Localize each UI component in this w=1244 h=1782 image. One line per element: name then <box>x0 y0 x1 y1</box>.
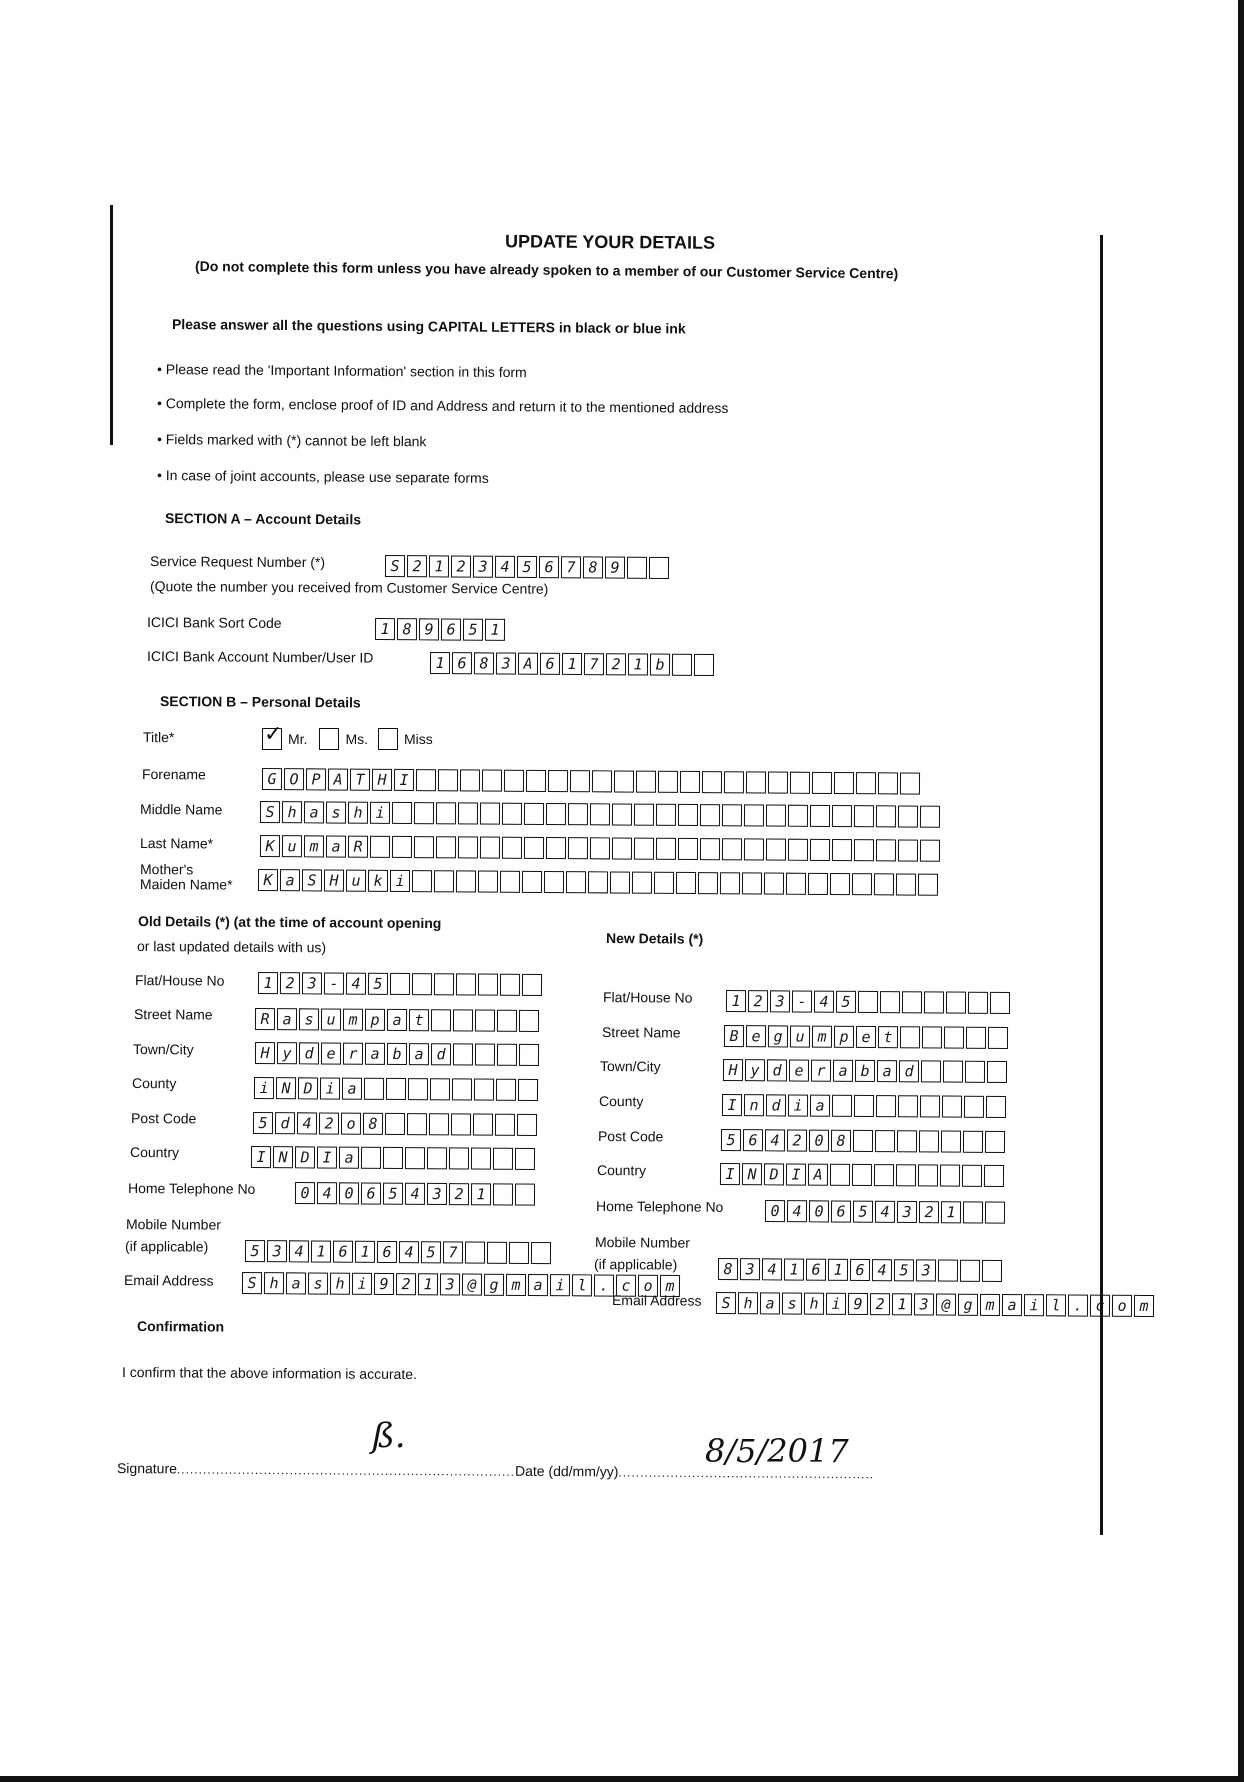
forename-field[interactable]: GOPATHI <box>262 768 922 795</box>
char-box <box>438 769 458 791</box>
char-box: 5 <box>383 1183 403 1205</box>
char-box: h <box>738 1292 758 1314</box>
old-country-label: Country <box>130 1144 179 1160</box>
new-postcode-label: Post Code <box>598 1128 663 1144</box>
date-value: 8/5/2017 <box>705 1432 849 1470</box>
char-box <box>497 1010 517 1032</box>
char-box <box>832 805 852 827</box>
char-box: 0 <box>339 1182 359 1204</box>
char-box: k <box>368 870 388 892</box>
char-box: 5 <box>836 991 856 1013</box>
char-box <box>966 1027 986 1049</box>
char-box: 7 <box>443 1241 463 1263</box>
char-box: 1 <box>471 1183 491 1205</box>
char-box <box>453 1043 473 1065</box>
right-border-line <box>1100 235 1103 1535</box>
char-box <box>405 1147 425 1169</box>
char-box: B <box>724 1025 744 1047</box>
char-box <box>392 836 412 858</box>
new-street-field[interactable]: Begumpet <box>724 1025 1010 1049</box>
char-box <box>656 804 676 826</box>
title-ms-label: Ms. <box>345 731 368 747</box>
char-box <box>518 1079 538 1101</box>
maiden-name-field[interactable]: KaSHuki <box>258 869 940 896</box>
old-mobile-label: Mobile Number <box>126 1216 221 1233</box>
char-box: b <box>855 1060 875 1082</box>
char-box <box>694 654 714 676</box>
title-miss-checkbox[interactable] <box>378 728 398 750</box>
char-box <box>918 1164 938 1186</box>
old-flat-label: Flat/House No <box>135 972 225 989</box>
char-box <box>984 1165 1004 1187</box>
char-box: 4 <box>814 991 834 1013</box>
char-box <box>896 873 916 895</box>
char-box <box>963 1131 983 1153</box>
char-box: P <box>306 768 326 790</box>
old-country-field[interactable]: INDIa <box>251 1146 537 1170</box>
char-box: 2 <box>319 1112 339 1134</box>
char-box <box>898 805 918 827</box>
char-box <box>896 1164 916 1186</box>
char-box <box>830 1164 850 1186</box>
char-box: h <box>804 1293 824 1315</box>
maiden-label-line2: Maiden Name* <box>140 877 233 893</box>
char-box: 6 <box>333 1241 353 1263</box>
new-town-field[interactable]: Hyderabad <box>723 1059 1009 1083</box>
new-country-field[interactable]: INDIA <box>720 1163 1006 1187</box>
char-box <box>880 991 900 1013</box>
char-box <box>390 973 410 995</box>
char-box <box>832 839 852 861</box>
char-box: I <box>317 1146 337 1168</box>
old-town-field[interactable]: Hyderabad <box>255 1042 541 1066</box>
char-box: A <box>808 1164 828 1186</box>
char-box: i <box>352 1273 372 1295</box>
char-box: 6 <box>806 1259 826 1281</box>
char-box <box>429 1113 449 1135</box>
old-postcode-label: Post Code <box>131 1110 196 1126</box>
char-box <box>412 973 432 995</box>
char-box <box>632 872 652 894</box>
char-box <box>965 1061 985 1083</box>
new-county-field[interactable]: India <box>722 1094 1008 1118</box>
char-box: a <box>304 801 324 823</box>
char-box: 4 <box>405 1183 425 1205</box>
char-box: S <box>260 801 280 823</box>
char-box <box>566 871 586 893</box>
char-box <box>614 770 634 792</box>
char-box <box>519 1010 539 1032</box>
service-request-label: Service Request Number (*) <box>150 553 325 570</box>
char-box: a <box>810 1095 830 1117</box>
char-box: 6 <box>850 1259 870 1281</box>
char-box: H <box>372 769 392 791</box>
new-country-label: Country <box>597 1162 646 1178</box>
char-box <box>478 974 498 996</box>
new-phone-label: Home Telephone No <box>596 1198 723 1215</box>
char-box: 4 <box>317 1182 337 1204</box>
char-box <box>502 803 522 825</box>
char-box <box>392 802 412 824</box>
char-box <box>649 557 669 579</box>
char-box: 4 <box>399 1241 419 1263</box>
signature-dotted-line[interactable]: ........................................… <box>177 1462 515 1478</box>
char-box <box>471 1148 491 1170</box>
char-box <box>766 839 786 861</box>
char-box: n <box>744 1094 764 1116</box>
char-box: e <box>746 1025 766 1047</box>
char-box <box>940 1165 960 1187</box>
char-box: r <box>811 1060 831 1082</box>
char-box <box>407 1113 427 1135</box>
char-box <box>962 1165 982 1187</box>
char-box: m <box>304 835 324 857</box>
char-box: i <box>390 870 410 892</box>
char-box: 5 <box>368 973 388 995</box>
title-ms-checkbox[interactable] <box>319 728 339 750</box>
char-box: I <box>786 1163 806 1185</box>
char-box: 0 <box>809 1200 829 1222</box>
char-box <box>453 1009 473 1031</box>
forename-label: Forename <box>142 766 206 782</box>
char-box <box>678 804 698 826</box>
char-box <box>900 1026 920 1048</box>
char-box <box>416 769 436 791</box>
char-box <box>676 872 696 894</box>
char-box: d <box>299 1042 319 1064</box>
char-box: y <box>745 1059 765 1081</box>
char-box <box>480 803 500 825</box>
char-box: A <box>328 768 348 790</box>
char-box <box>502 837 522 859</box>
old-flat-field[interactable]: 123-45 <box>258 972 544 996</box>
char-box: D <box>295 1146 315 1168</box>
char-box <box>436 802 456 824</box>
char-box <box>808 873 828 895</box>
char-box: D <box>298 1077 318 1099</box>
char-box <box>654 872 674 894</box>
char-box <box>412 870 432 892</box>
char-box: 1 <box>941 1201 961 1223</box>
char-box <box>982 1260 1002 1282</box>
char-box <box>497 1044 517 1066</box>
char-box: a <box>280 869 300 891</box>
service-request-field[interactable]: S2123456789 <box>385 555 671 579</box>
char-box <box>943 1061 963 1083</box>
char-box: g <box>768 1025 788 1047</box>
char-box <box>963 1201 983 1223</box>
char-box: s <box>308 1272 328 1294</box>
char-box <box>830 873 850 895</box>
char-box: 2 <box>451 555 471 577</box>
char-box: 3 <box>267 1240 287 1262</box>
old-county-field[interactable]: iNDia <box>254 1077 540 1101</box>
char-box <box>385 1113 405 1135</box>
new-postcode-field[interactable]: 564208 <box>721 1129 1007 1153</box>
char-box <box>876 1095 896 1117</box>
char-box: 5 <box>894 1259 914 1281</box>
char-box: b <box>650 654 670 676</box>
char-box: 1 <box>828 1259 848 1281</box>
char-box: a <box>277 1008 297 1030</box>
char-box <box>517 1114 537 1136</box>
char-box: 7 <box>561 556 581 578</box>
char-box <box>500 974 520 996</box>
old-details-heading: Old Details (*) (at the time of account … <box>138 913 441 931</box>
char-box: u <box>321 1008 341 1030</box>
char-box: a <box>387 1009 407 1031</box>
char-box <box>658 771 678 793</box>
char-box: 2 <box>407 555 427 577</box>
char-box: G <box>262 768 282 790</box>
middle-name-label: Middle Name <box>140 801 223 818</box>
char-box: 8 <box>583 556 603 578</box>
char-box: i <box>370 802 390 824</box>
char-box <box>678 838 698 860</box>
char-box: g <box>958 1294 978 1316</box>
char-box: m <box>812 1026 832 1048</box>
char-box: d <box>275 1112 295 1134</box>
char-box: m <box>343 1009 363 1031</box>
char-box <box>764 873 784 895</box>
char-box <box>473 1114 493 1136</box>
middle-name-field[interactable]: Shashi <box>260 801 942 828</box>
char-box <box>744 838 764 860</box>
bullet-4: • In case of joint accounts, please use … <box>157 467 489 486</box>
char-box <box>724 771 744 793</box>
char-box: u <box>790 1025 810 1047</box>
char-box <box>968 992 988 1014</box>
char-box: 6 <box>361 1182 381 1204</box>
new-street-label: Street Name <box>602 1024 681 1041</box>
char-box: 1 <box>429 555 449 577</box>
char-box <box>722 838 742 860</box>
char-box <box>941 1131 961 1153</box>
char-box: 9 <box>419 618 439 640</box>
left-border-line <box>110 205 113 445</box>
char-box <box>612 803 632 825</box>
char-box <box>456 973 476 995</box>
char-box <box>672 654 692 676</box>
char-box: h <box>264 1272 284 1294</box>
char-box <box>897 1130 917 1152</box>
scan-edge-right <box>1238 0 1244 1782</box>
char-box: d <box>766 1094 786 1116</box>
char-box: d <box>431 1043 451 1065</box>
char-box <box>546 803 566 825</box>
char-box <box>946 992 966 1014</box>
char-box <box>431 1009 451 1031</box>
char-box: I <box>722 1094 742 1116</box>
account-number-field[interactable]: 1683A61721b <box>430 652 716 676</box>
char-box: 0 <box>295 1182 315 1204</box>
old-mobile-field[interactable]: 5341616457 <box>245 1240 553 1264</box>
char-box <box>986 1096 1006 1118</box>
char-box: a <box>760 1292 780 1314</box>
char-box <box>921 1060 941 1082</box>
char-box: h <box>330 1273 350 1295</box>
signature-label: Signature <box>117 1460 177 1476</box>
char-box: 1 <box>562 653 582 675</box>
char-box: 4 <box>297 1112 317 1134</box>
char-box: a <box>877 1060 897 1082</box>
char-box <box>920 1095 940 1117</box>
char-box: 1 <box>485 619 505 641</box>
char-box <box>509 1242 529 1264</box>
char-box <box>478 871 498 893</box>
char-box <box>474 1079 494 1101</box>
char-box: a <box>1002 1294 1022 1316</box>
char-box <box>414 802 434 824</box>
char-box: 5 <box>853 1201 873 1223</box>
char-box <box>988 1027 1008 1049</box>
char-box: 3 <box>770 990 790 1012</box>
char-box <box>524 803 544 825</box>
char-box: 0 <box>765 1200 785 1222</box>
char-box <box>430 1078 450 1100</box>
new-email-field[interactable]: Shashi9213@gmail.com <box>716 1292 1156 1317</box>
char-box <box>702 771 722 793</box>
new-flat-field[interactable]: 123-45 <box>726 990 1012 1014</box>
char-box: - <box>324 972 344 994</box>
old-phone-label: Home Telephone No <box>128 1180 255 1197</box>
char-box <box>546 837 566 859</box>
char-box <box>722 804 742 826</box>
char-box <box>944 1027 964 1049</box>
char-box <box>460 769 480 791</box>
old-county-label: County <box>132 1075 176 1091</box>
char-box: 6 <box>540 653 560 675</box>
char-box: 5 <box>253 1112 273 1134</box>
new-phone-field[interactable]: 040654321 <box>765 1200 1007 1224</box>
char-box <box>942 1096 962 1118</box>
sort-code-field[interactable]: 189651 <box>375 618 507 641</box>
char-box <box>449 1147 469 1169</box>
char-box: 3 <box>916 1259 936 1281</box>
date-label: Date (dd/mm/yy) <box>515 1463 619 1480</box>
char-box <box>875 1130 895 1152</box>
char-box <box>548 770 568 792</box>
char-box: c <box>1090 1295 1110 1317</box>
char-box <box>519 1044 539 1066</box>
char-box: 2 <box>919 1201 939 1223</box>
char-box <box>878 772 898 794</box>
char-box: 4 <box>346 973 366 995</box>
char-box: T <box>350 769 370 791</box>
char-box <box>874 873 894 895</box>
char-box: 4 <box>495 556 515 578</box>
char-box <box>452 1078 472 1100</box>
char-box: l <box>1046 1294 1066 1316</box>
char-box: S <box>302 869 322 891</box>
section-a-heading: SECTION A – Account Details <box>165 510 361 527</box>
char-box: 0 <box>809 1130 829 1152</box>
char-box <box>458 836 478 858</box>
char-box <box>524 837 544 859</box>
char-box <box>788 805 808 827</box>
char-box: N <box>276 1077 296 1099</box>
char-box: 4 <box>787 1200 807 1222</box>
char-box: p <box>834 1026 854 1048</box>
signature-mark: ß. <box>372 1416 406 1456</box>
char-box: a <box>286 1272 306 1294</box>
char-box: 8 <box>718 1258 738 1280</box>
last-name-field[interactable]: KumaR <box>260 835 942 862</box>
title-mr-checkbox[interactable] <box>262 728 282 750</box>
char-box: . <box>1068 1294 1088 1316</box>
char-box <box>495 1114 515 1136</box>
char-box: t <box>409 1009 429 1031</box>
char-box: a <box>339 1147 359 1169</box>
char-box: R <box>348 836 368 858</box>
char-box: 2 <box>449 1183 469 1205</box>
confirmation-heading: Confirmation <box>137 1318 224 1335</box>
char-box <box>876 805 896 827</box>
char-box <box>487 1242 507 1264</box>
sort-code-label: ICICI Bank Sort Code <box>147 614 282 631</box>
char-box <box>361 1147 381 1169</box>
char-box: 2 <box>870 1293 890 1315</box>
char-box: o <box>341 1113 361 1135</box>
last-name-label: Last Name* <box>140 835 213 852</box>
char-box: - <box>792 990 812 1012</box>
title-mr-label: Mr. <box>288 731 307 747</box>
char-box: 2 <box>748 990 768 1012</box>
char-box <box>427 1147 447 1169</box>
char-box: 2 <box>280 972 300 994</box>
char-box <box>590 837 610 859</box>
char-box <box>876 839 896 861</box>
old-town-label: Town/City <box>133 1041 194 1057</box>
char-box: 1 <box>375 618 395 640</box>
char-box: 8 <box>397 618 417 640</box>
char-box <box>570 770 590 792</box>
char-box <box>590 803 610 825</box>
char-box <box>768 772 788 794</box>
char-box: 2 <box>787 1129 807 1151</box>
char-box <box>451 1113 471 1135</box>
char-box <box>854 839 874 861</box>
title-options: Mr. Ms. Miss <box>262 728 433 750</box>
char-box: 6 <box>441 618 461 640</box>
char-box <box>853 1130 873 1152</box>
char-box <box>900 772 920 794</box>
char-box: a <box>326 835 346 857</box>
char-box: i <box>550 1274 570 1296</box>
new-mobile-field[interactable]: 8341616453 <box>718 1258 1004 1282</box>
old-postcode-field[interactable]: 5d42o8 <box>253 1112 539 1136</box>
char-box <box>852 1164 872 1186</box>
char-box: h <box>282 801 302 823</box>
char-box <box>568 803 588 825</box>
char-box <box>898 839 918 861</box>
char-box <box>612 837 632 859</box>
char-box: 8 <box>363 1113 383 1135</box>
char-box: 1 <box>258 972 278 994</box>
char-box: 2 <box>606 653 626 675</box>
char-box <box>458 802 478 824</box>
char-box: p <box>365 1009 385 1031</box>
char-box: 1 <box>311 1240 331 1262</box>
new-mobile-label: Mobile Number <box>595 1234 690 1251</box>
old-phone-field[interactable]: 040654321 <box>295 1182 537 1206</box>
char-box: 6 <box>831 1200 851 1222</box>
old-street-field[interactable]: Rasumpat <box>255 1008 541 1032</box>
char-box: 4 <box>872 1259 892 1281</box>
char-box <box>920 840 940 862</box>
char-box: i <box>826 1293 846 1315</box>
char-box <box>922 1026 942 1048</box>
